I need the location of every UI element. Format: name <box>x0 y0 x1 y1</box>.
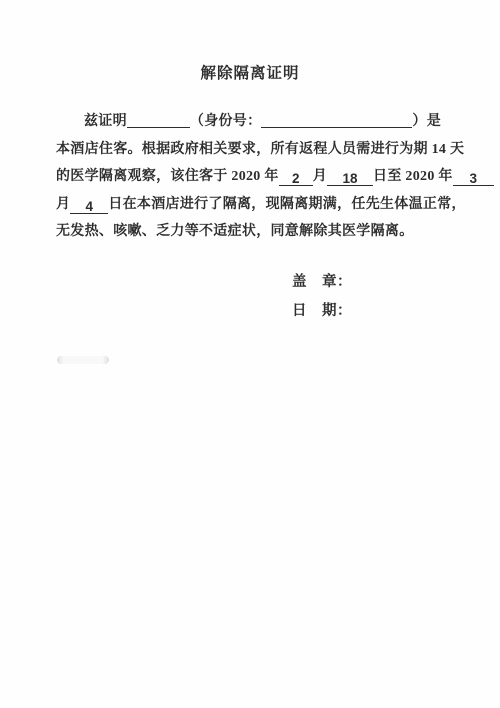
doc-title: 解除隔离证明 <box>0 61 500 83</box>
line4-tail-text: 日在本酒店进行了隔离，现隔离期满，任先生体温正常， <box>108 197 466 212</box>
line3-mid-text: 日至 2020 年 <box>373 169 453 184</box>
quarantine-release-certificate: 解除隔离证明 兹证明（身份号：）是 本酒店住客。根据政府相关要求，所有返程人员需… <box>0 0 500 708</box>
body-line-4: 月4日在本酒店进行了隔离，现隔离期满，任先生体温正常， <box>56 191 450 219</box>
id-number-blank <box>261 113 412 128</box>
line3-lead-text: 的医学隔离观察，该住客于 2020 年 <box>56 169 279 184</box>
body-line-2: 本酒店住客。根据政府相关要求，所有返程人员需进行为期 14 天 <box>56 136 450 164</box>
end-day-value: 4 <box>70 199 108 214</box>
month-label: 月 <box>313 169 327 184</box>
id-number-label: （身份号： <box>190 114 262 129</box>
line1-close-text: ）是 <box>412 114 441 129</box>
seal-label: 盖 章： <box>292 268 352 297</box>
month-label-2: 月 <box>56 197 70 212</box>
date-label: 日 期： <box>292 297 352 326</box>
body-line-5: 无发热、咳嗽、乏力等不适症状，同意解除其医学隔离。 <box>56 218 450 246</box>
signature-block: 盖 章： 日 期： <box>292 268 352 325</box>
certificate-body: 兹证明（身份号：）是 本酒店住客。根据政府相关要求，所有返程人员需进行为期 14… <box>56 108 450 246</box>
body-line-3: 的医学隔离观察，该住客于 2020 年2月18日至 2020 年3 <box>56 163 450 191</box>
start-day-value: 18 <box>327 171 373 186</box>
intro-text: 兹证明 <box>84 114 127 129</box>
body-line-1: 兹证明（身份号：）是 <box>56 108 450 136</box>
faint-smudge <box>57 356 109 364</box>
start-month-value: 2 <box>279 171 313 186</box>
guest-name-blank <box>127 113 190 128</box>
end-month-value: 3 <box>453 171 494 186</box>
